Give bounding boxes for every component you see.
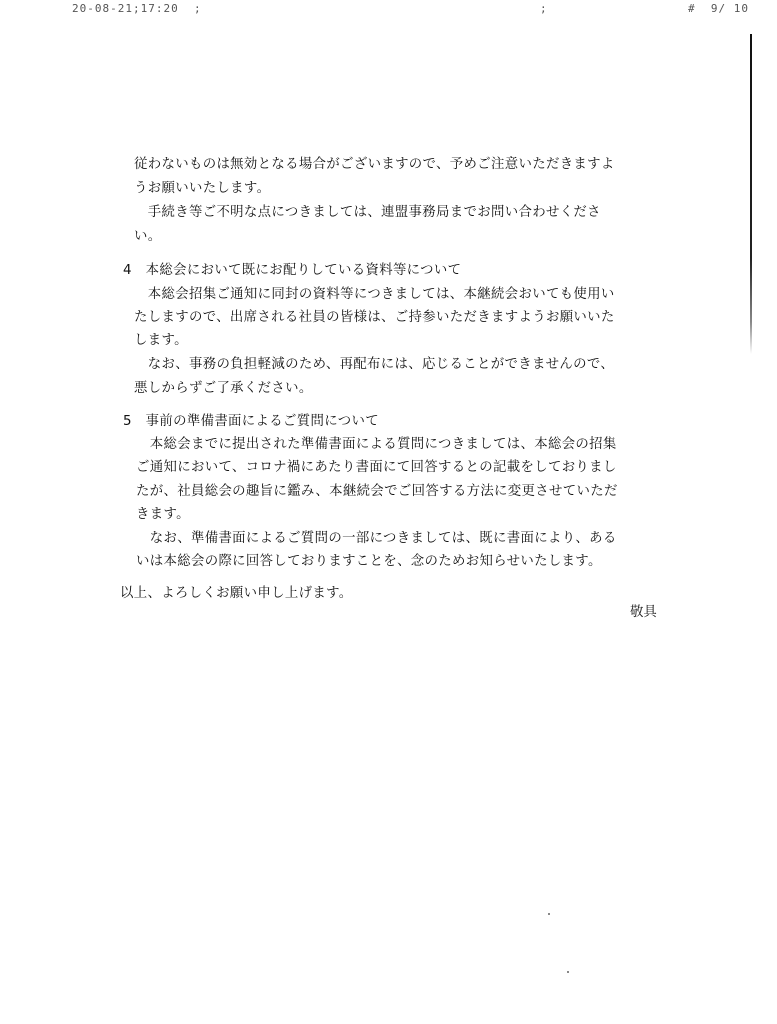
text-line: なお、準備書面によるご質問の一部につきましては、既に書面により、ある — [136, 530, 617, 548]
scan-speck — [548, 913, 550, 915]
fax-datetime: 20-08-21;17:20 ; — [72, 2, 202, 15]
text-line: たが、社員総会の趣旨に鑑み、本継続会でご回答する方法に変更させていただ — [136, 483, 618, 501]
text-line: 手続き等ご不明な点につきましては、連盟事務局までお問い合わせくださ — [134, 204, 601, 222]
closing-line: 以上、よろしくお願い申し上げます。 — [120, 585, 353, 603]
text-line: 本総会までに提出された準備書面による質問につきましては、本総会の招集 — [136, 436, 617, 454]
section-heading: 4 本総会において既にお配りしている資料等について — [123, 262, 461, 280]
text-line: きます。 — [136, 506, 190, 524]
text-line: たしますので、出席される社員の皆様は、ご持参いただきますようお願いいた — [134, 309, 615, 327]
fax-page-number: # 9/ 10 — [688, 2, 749, 15]
fax-header: 20-08-21;17:20 ; ; # 9/ 10 — [0, 2, 777, 18]
scan-speck — [567, 971, 569, 973]
section-heading: 5 事前の準備書面によるご質問について — [123, 413, 379, 431]
text-line: 本総会招集ご通知に同封の資料等につきましては、本継続会おいても使用い — [134, 286, 615, 304]
signoff: 敬具 — [630, 604, 657, 622]
text-line: 従わないものは無効となる場合がございますので、予めご注意いただきますよ — [134, 156, 615, 174]
text-line: します。 — [134, 332, 188, 350]
text-line: なお、事務の負担軽減のため、再配布には、応じることができませんので、 — [134, 356, 614, 374]
text-line: うお願いいたします。 — [134, 180, 270, 198]
text-line: ご通知において、コロナ禍にあたり書面にて回答するとの記載をしておりまし — [136, 459, 617, 477]
scan-artifact-line — [750, 34, 752, 354]
text-line: いは本総会の際に回答しておりますことを、念のためお知らせいたします。 — [136, 553, 602, 571]
fax-separator: ; — [540, 2, 548, 15]
text-line: 悪しからずご了承ください。 — [134, 380, 313, 398]
text-line: い。 — [134, 228, 161, 246]
